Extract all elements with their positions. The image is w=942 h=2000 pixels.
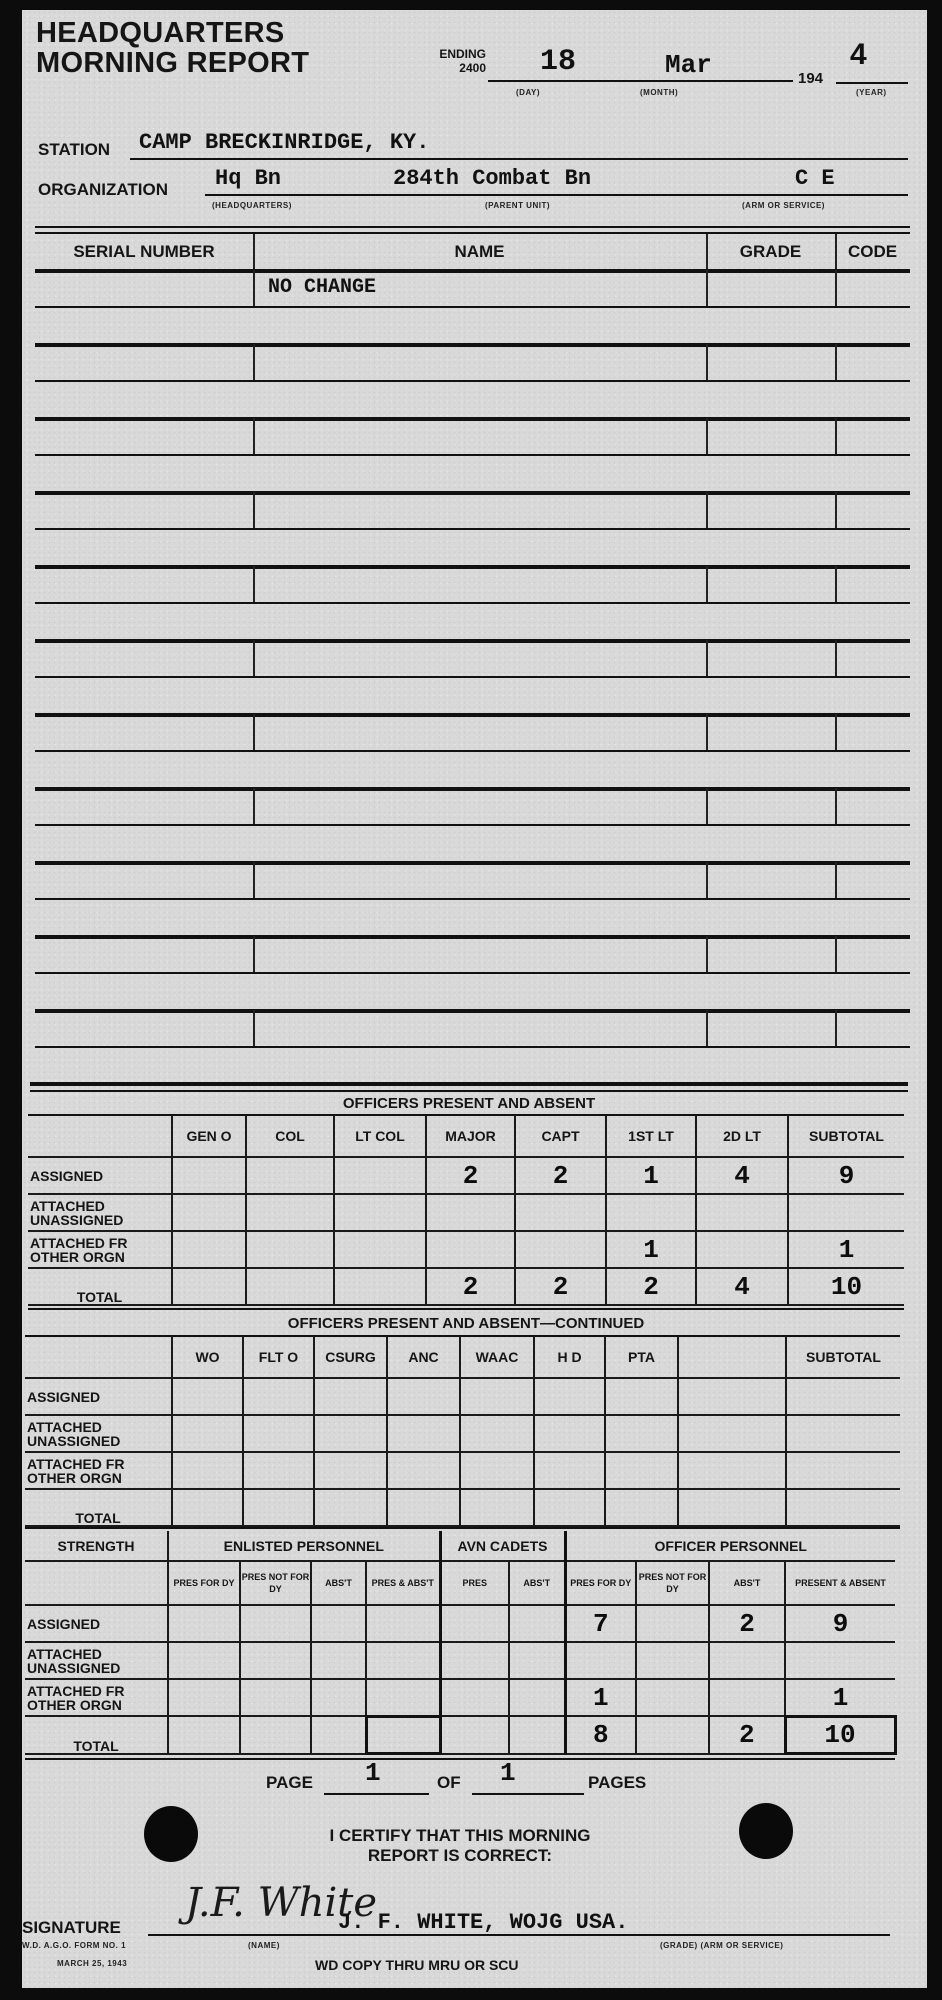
column-header: PRES NOT FOR DY xyxy=(240,1561,311,1605)
col-divider xyxy=(253,492,255,529)
station-value: CAMP BRECKINRIDGE, KY. xyxy=(139,130,429,155)
entry-rule xyxy=(35,528,910,530)
cell-value xyxy=(460,1452,534,1489)
row-label: ATTACHED UNASSIGNED xyxy=(25,1415,172,1452)
cell-value xyxy=(786,1489,900,1526)
cell-value xyxy=(534,1489,605,1526)
punch-hole-right xyxy=(739,1803,793,1859)
cell-value xyxy=(314,1378,387,1415)
cell-value xyxy=(460,1489,534,1526)
headquarters-value: Hq Bn xyxy=(215,166,281,191)
ending-label: ENDING 2400 xyxy=(428,47,486,75)
cell-value xyxy=(605,1378,678,1415)
cell-value xyxy=(509,1716,565,1753)
total-pages: 1 xyxy=(500,1758,516,1788)
col-divider xyxy=(253,862,255,899)
officers-table: GEN OCOLLT COLMAJORCAPT1ST LT2D LTSUBTOT… xyxy=(28,1115,904,1306)
total-underline xyxy=(472,1793,584,1795)
col-divider xyxy=(835,714,837,751)
row-label-header xyxy=(25,1336,172,1378)
cell-value xyxy=(440,1716,509,1753)
cell-value xyxy=(243,1452,314,1489)
cell-value xyxy=(636,1605,709,1642)
station-label: STATION xyxy=(38,140,110,160)
column-header: PRES xyxy=(440,1561,509,1605)
cell-value xyxy=(387,1378,460,1415)
cell-value xyxy=(709,1642,785,1679)
col-divider xyxy=(706,1010,708,1047)
col-divider xyxy=(706,418,708,455)
column-header: PRES & ABS'T xyxy=(366,1561,440,1605)
cell-value: 2 xyxy=(426,1268,515,1305)
entry-rule xyxy=(35,639,910,643)
cell-value: 1 xyxy=(606,1157,696,1194)
cell-value xyxy=(786,1378,900,1415)
cell-value xyxy=(509,1642,565,1679)
row-label: ATTACHED FR OTHER ORGN xyxy=(28,1231,172,1268)
row-label: TOTAL xyxy=(25,1716,168,1753)
col-divider xyxy=(835,1010,837,1047)
parent-unit-value: 284th Combat Bn xyxy=(393,166,591,191)
serial-number-header: SERIAL NUMBER xyxy=(35,242,253,262)
cell-value xyxy=(678,1415,786,1452)
entries-top-rule xyxy=(35,226,910,228)
table-rule xyxy=(25,1758,895,1760)
cell-value xyxy=(240,1716,311,1753)
entry-rule xyxy=(35,306,910,308)
col-divider xyxy=(253,714,255,751)
cell-value xyxy=(534,1378,605,1415)
column-header: PRES FOR DY xyxy=(168,1561,240,1605)
cell-value xyxy=(240,1642,311,1679)
column-header: ABS'T xyxy=(709,1561,785,1605)
entry-rule xyxy=(35,898,910,900)
officers-table-title: OFFICERS PRESENT AND ABSENT xyxy=(30,1095,908,1112)
cell-value: 4 xyxy=(696,1157,788,1194)
group-header-enlisted: ENLISTED PERSONNEL xyxy=(168,1531,440,1561)
organization-label: ORGANIZATION xyxy=(38,180,168,200)
cell-value: 2 xyxy=(606,1268,696,1305)
cell-value xyxy=(426,1194,515,1231)
col-divider xyxy=(706,270,708,307)
station-underline xyxy=(130,158,908,160)
col-divider xyxy=(253,270,255,307)
entry-rule xyxy=(35,750,910,752)
group-header-officer: OFFICER PERSONNEL xyxy=(565,1531,895,1561)
col-divider xyxy=(706,862,708,899)
column-header: CSURG xyxy=(314,1336,387,1378)
cell-value xyxy=(172,1452,243,1489)
row-label: TOTAL xyxy=(25,1489,172,1526)
col-divider xyxy=(253,566,255,603)
officers-continued-title: OFFICERS PRESENT AND ABSENT—CONTINUED xyxy=(28,1315,904,1332)
cell-value: 4 xyxy=(696,1268,788,1305)
cell-value: 2 xyxy=(515,1268,606,1305)
row-label: ASSIGNED xyxy=(25,1605,168,1642)
col-divider xyxy=(706,936,708,973)
cell-value xyxy=(172,1415,243,1452)
cell-value xyxy=(334,1194,426,1231)
section-rule xyxy=(30,1090,908,1092)
strength-label: STRENGTH xyxy=(25,1531,168,1561)
page-label: PAGE xyxy=(266,1773,313,1793)
cell-value xyxy=(172,1489,243,1526)
cell-value: 10 xyxy=(785,1716,895,1753)
cell-value xyxy=(246,1231,334,1268)
form-title: HEADQUARTERS MORNING REPORT xyxy=(36,18,309,78)
column-header: PRES NOT FOR DY xyxy=(636,1561,709,1605)
column-header: PTA xyxy=(605,1336,678,1378)
entry-rule xyxy=(35,602,910,604)
cell-value xyxy=(366,1679,440,1716)
entry-rule xyxy=(35,343,910,347)
certification-text: I CERTIFY THAT THIS MORNING REPORT IS CO… xyxy=(280,1826,640,1866)
cell-value xyxy=(460,1415,534,1452)
cell-value xyxy=(786,1415,900,1452)
cell-value: 9 xyxy=(785,1605,895,1642)
row-label: ATTACHED UNASSIGNED xyxy=(28,1194,172,1231)
cell-value: 1 xyxy=(565,1679,636,1716)
cell-value xyxy=(387,1415,460,1452)
year-prefix: 194 xyxy=(798,70,823,87)
row-label-header xyxy=(25,1561,168,1605)
entry-rule xyxy=(35,713,910,717)
parent-unit-caption: (PARENT UNIT) xyxy=(485,201,550,210)
column-header: 1ST LT xyxy=(606,1115,696,1157)
cell-value xyxy=(636,1716,709,1753)
typed-signature: J. F. WHITE, WOJG USA. xyxy=(338,1910,628,1935)
cell-value xyxy=(786,1452,900,1489)
cell-value xyxy=(311,1642,366,1679)
cell-value xyxy=(243,1415,314,1452)
cell-value xyxy=(678,1378,786,1415)
cell-value: 1 xyxy=(785,1679,895,1716)
column-header: ANC xyxy=(387,1336,460,1378)
column-header: LT COL xyxy=(334,1115,426,1157)
column-header: SUBTOTAL xyxy=(786,1336,900,1378)
cell-value xyxy=(605,1452,678,1489)
cell-value xyxy=(172,1268,246,1305)
of-label: OF xyxy=(437,1773,461,1793)
cell-value: 9 xyxy=(788,1157,904,1194)
col-divider xyxy=(835,270,837,307)
cell-value: 1 xyxy=(788,1231,904,1268)
cell-value xyxy=(605,1489,678,1526)
entry-rule xyxy=(35,972,910,974)
entry-rule xyxy=(35,565,910,569)
cell-value xyxy=(387,1452,460,1489)
column-header: ABS'T xyxy=(509,1561,565,1605)
cell-value xyxy=(172,1157,246,1194)
entry-name: NO CHANGE xyxy=(268,276,376,299)
cell-value xyxy=(509,1679,565,1716)
name-caption: (NAME) xyxy=(248,1941,280,1950)
col-divider xyxy=(706,788,708,825)
year-caption: (YEAR) xyxy=(856,88,887,97)
col-divider xyxy=(835,640,837,677)
officers-continued-table: WOFLT OCSURGANCWAACH DPTASUBTOTALASSIGNE… xyxy=(25,1336,900,1527)
cell-value xyxy=(636,1679,709,1716)
cell-value xyxy=(387,1489,460,1526)
punch-hole-left xyxy=(144,1806,198,1862)
cell-value xyxy=(240,1605,311,1642)
cell-value xyxy=(515,1194,606,1231)
row-label: ATTACHED FR OTHER ORGN xyxy=(25,1679,168,1716)
row-label: ASSIGNED xyxy=(25,1378,172,1415)
column-header: MAJOR xyxy=(426,1115,515,1157)
column-header: H D xyxy=(534,1336,605,1378)
cell-value xyxy=(334,1231,426,1268)
cell-value xyxy=(334,1157,426,1194)
col-divider xyxy=(835,344,837,381)
entry-rule xyxy=(35,935,910,939)
col-divider xyxy=(253,1010,255,1047)
column-header: FLT O xyxy=(243,1336,314,1378)
cell-value: 10 xyxy=(788,1268,904,1305)
cell-value xyxy=(440,1642,509,1679)
day-caption: (DAY) xyxy=(516,88,540,97)
arm-or-service-value: C E xyxy=(795,166,835,191)
cell-value xyxy=(440,1679,509,1716)
cell-value: 2 xyxy=(709,1716,785,1753)
cell-value xyxy=(311,1605,366,1642)
form-number: W.D. A.G.O. FORM NO. 1 xyxy=(22,1941,126,1950)
row-label-header xyxy=(28,1115,172,1157)
col-divider xyxy=(835,862,837,899)
cell-value xyxy=(678,1489,786,1526)
entry-rule xyxy=(35,454,910,456)
column-header: WAAC xyxy=(460,1336,534,1378)
cell-value xyxy=(636,1642,709,1679)
day-value: 18 xyxy=(540,45,576,79)
cell-value xyxy=(168,1679,240,1716)
arm-caption: (ARM OR SERVICE) xyxy=(742,201,825,210)
month-caption: (MONTH) xyxy=(640,88,678,97)
signature-label: SIGNATURE xyxy=(22,1918,121,1938)
cell-value: 2 xyxy=(515,1157,606,1194)
form-date: MARCH 25, 1943 xyxy=(57,1959,127,1968)
cell-value xyxy=(168,1642,240,1679)
cell-value xyxy=(534,1452,605,1489)
cell-value xyxy=(709,1679,785,1716)
entry-rule xyxy=(35,824,910,826)
cell-value xyxy=(172,1194,246,1231)
cell-value xyxy=(334,1268,426,1305)
column-header: PRES FOR DY xyxy=(565,1561,636,1605)
column-header: COL xyxy=(246,1115,334,1157)
cell-value xyxy=(243,1378,314,1415)
col-divider xyxy=(253,344,255,381)
entry-rule xyxy=(35,380,910,382)
year-value: 4 xyxy=(850,38,867,72)
cell-value xyxy=(168,1605,240,1642)
cell-value xyxy=(246,1268,334,1305)
date-underline xyxy=(488,80,793,82)
row-label: ATTACHED UNASSIGNED xyxy=(25,1642,168,1679)
group-header-avn-cadets: AVN CADETS xyxy=(440,1531,565,1561)
col-divider xyxy=(253,936,255,973)
col-divider xyxy=(706,492,708,529)
headquarters-caption: (HEADQUARTERS) xyxy=(212,201,292,210)
table-rule xyxy=(25,1527,900,1529)
cell-value xyxy=(311,1679,366,1716)
cell-value: 2 xyxy=(426,1157,515,1194)
entries-top-rule-2 xyxy=(35,232,910,234)
grade-caption: (GRADE) (ARM OR SERVICE) xyxy=(660,1941,783,1950)
cell-value: 2 xyxy=(709,1605,785,1642)
cell-value xyxy=(788,1194,904,1231)
cell-value xyxy=(678,1452,786,1489)
entry-rule xyxy=(35,676,910,678)
col-divider xyxy=(253,418,255,455)
col-divider xyxy=(253,788,255,825)
cell-value xyxy=(314,1489,387,1526)
cell-value: 1 xyxy=(606,1231,696,1268)
column-header: ABS'T xyxy=(311,1561,366,1605)
organization-underline xyxy=(205,194,908,196)
cell-value xyxy=(426,1231,515,1268)
cell-value xyxy=(366,1716,440,1753)
page-number: 1 xyxy=(365,1758,381,1788)
certification-line-2: REPORT IS CORRECT: xyxy=(280,1846,640,1866)
col-divider xyxy=(835,936,837,973)
entry-rule xyxy=(35,1009,910,1013)
cell-value xyxy=(785,1642,895,1679)
cell-value xyxy=(172,1378,243,1415)
column-header: CAPT xyxy=(515,1115,606,1157)
row-label: ASSIGNED xyxy=(28,1157,172,1194)
cell-value xyxy=(606,1194,696,1231)
cell-value xyxy=(246,1157,334,1194)
cell-value xyxy=(172,1231,246,1268)
entry-rule xyxy=(35,1046,910,1048)
code-header: CODE xyxy=(835,242,910,262)
cell-value xyxy=(311,1716,366,1753)
col-divider xyxy=(706,640,708,677)
section-rule xyxy=(30,1082,908,1086)
strength-table: STRENGTHENLISTED PERSONNELAVN CADETSOFFI… xyxy=(25,1531,897,1755)
cell-value xyxy=(240,1679,311,1716)
certification-line-1: I CERTIFY THAT THIS MORNING xyxy=(280,1826,640,1846)
entry-rule xyxy=(35,787,910,791)
cell-value xyxy=(460,1378,534,1415)
column-header: SUBTOTAL xyxy=(788,1115,904,1157)
column-header: GEN O xyxy=(172,1115,246,1157)
cell-value xyxy=(314,1415,387,1452)
ending-text: ENDING xyxy=(428,47,486,61)
cell-value xyxy=(565,1642,636,1679)
col-divider xyxy=(706,344,708,381)
cell-value xyxy=(440,1605,509,1642)
cell-value: 7 xyxy=(565,1605,636,1642)
row-label: ATTACHED FR OTHER ORGN xyxy=(25,1452,172,1489)
page-underline xyxy=(324,1793,429,1795)
entry-rule xyxy=(35,417,910,421)
column-header xyxy=(678,1336,786,1378)
title-line-1: HEADQUARTERS xyxy=(36,18,309,48)
title-line-2: MORNING REPORT xyxy=(36,48,309,78)
entry-rule xyxy=(35,491,910,495)
cell-value xyxy=(314,1452,387,1489)
col-divider xyxy=(835,566,837,603)
column-header: 2D LT xyxy=(696,1115,788,1157)
ending-time: 2400 xyxy=(428,61,486,75)
row-label: TOTAL xyxy=(28,1268,172,1305)
grade-header: GRADE xyxy=(706,242,835,262)
year-underline xyxy=(836,82,908,84)
pages-label: PAGES xyxy=(588,1773,646,1793)
column-header: WO xyxy=(172,1336,243,1378)
col-divider xyxy=(835,492,837,529)
cell-value xyxy=(366,1642,440,1679)
col-divider xyxy=(835,418,837,455)
col-divider xyxy=(253,640,255,677)
entry-rule xyxy=(35,861,910,865)
cell-value xyxy=(243,1489,314,1526)
cell-value xyxy=(366,1605,440,1642)
column-header: PRESENT & ABSENT xyxy=(785,1561,895,1605)
col-divider xyxy=(835,788,837,825)
col-divider xyxy=(706,566,708,603)
entry-rule xyxy=(35,269,910,273)
routing-text: WD COPY THRU MRU OR SCU xyxy=(315,1957,519,1973)
table-rule xyxy=(28,1308,904,1310)
cell-value xyxy=(534,1415,605,1452)
cell-value xyxy=(168,1716,240,1753)
cell-value xyxy=(605,1415,678,1452)
name-header: NAME xyxy=(253,242,706,262)
month-value: Mar xyxy=(665,50,712,80)
cell-value xyxy=(246,1194,334,1231)
cell-value: 8 xyxy=(565,1716,636,1753)
cell-value xyxy=(696,1194,788,1231)
cell-value xyxy=(509,1605,565,1642)
col-divider xyxy=(706,714,708,751)
cell-value xyxy=(696,1231,788,1268)
cell-value xyxy=(515,1231,606,1268)
